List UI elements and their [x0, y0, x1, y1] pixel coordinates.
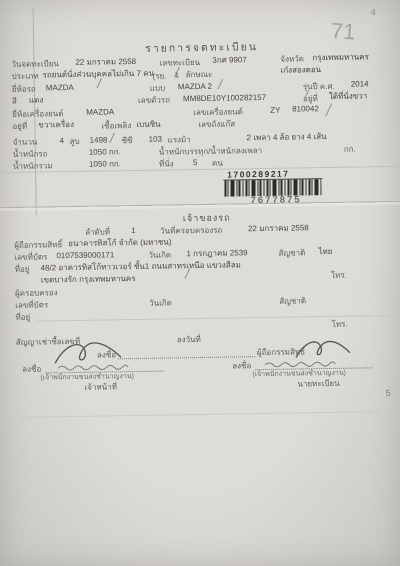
check-mark: [109, 133, 115, 143]
possessor-phone-label: โทร.: [331, 320, 347, 330]
holder-value: ธนาคารทิสโก้ จำกัด (มหาชน): [68, 237, 171, 249]
possessor-birth-label: วันเกิด: [149, 298, 172, 308]
gas-tank-label: เลขถังแก๊ส: [198, 119, 235, 130]
curb-weight-label: น้ำหนักรถ: [13, 149, 48, 160]
reg-date-label: วันจดทะเบียน: [11, 59, 59, 70]
possessor-address-label: ที่อยู่: [15, 313, 30, 323]
document-title: รายการจดทะเบียน: [145, 41, 258, 56]
vin-label: เลขตัวรถ: [138, 95, 170, 106]
engine-location-value: ขวาเครื่อง: [38, 120, 74, 131]
seq-label: ลำดับที่: [85, 227, 110, 237]
address-label: ที่อยู่: [15, 265, 30, 275]
gross-weight-value: 1050 กก.: [89, 159, 121, 170]
seq-value: 1: [131, 226, 136, 236]
nationality-label: สัญชาติ: [278, 248, 305, 258]
engine-no-label: เลขเครื่องยนต์: [193, 107, 243, 118]
document-sheet: 71 4 รายการจดทะเบียน วันจดทะเบียน 22 มกร…: [0, 0, 400, 566]
cylinders-unit: สูบ: [70, 137, 80, 147]
registrar-name-stamp: [264, 359, 336, 369]
card-no-value: 0107539000171: [56, 250, 114, 261]
horsepower-value: 103: [149, 135, 163, 145]
type-value: รถยนต์นั่งส่วนบุคคลไม่เกิน 7 คน: [43, 69, 155, 81]
possession-date-label: วันที่ครอบครองรถ: [160, 226, 222, 237]
fuel-label: เชื้อเพลิง: [101, 121, 131, 131]
card-no-label: เลขที่บัตร: [14, 252, 47, 263]
address-line2: เขตบางรัก กรุงเทพมหานคร: [41, 274, 136, 285]
officer-title: เจ้าหน้าที่: [84, 382, 117, 393]
officer-name-stamp: [57, 362, 129, 372]
color-value: แดง: [29, 95, 43, 105]
reg-no-value: 3กศ 9907: [212, 55, 247, 66]
holder-sign-line: [118, 355, 255, 359]
axle-wheel-tire: 2 เพลา 4 ล้อ ยาง 4 เส้น: [247, 132, 327, 143]
horsepower-unit: แรงม้า: [168, 135, 191, 145]
possessor-nationality-label: สัญชาติ: [279, 296, 306, 306]
registrar-title: นายทะเบียน: [297, 379, 339, 390]
corner-number: 4: [371, 7, 376, 18]
type-code-label: (รย.: [153, 72, 167, 82]
cylinders-label: จำนวน: [13, 138, 38, 148]
seats-value: 5: [193, 158, 198, 168]
province-value: กรุงเทพมหานคร: [312, 52, 369, 63]
engine-brand-value: MAZDA: [86, 107, 114, 117]
model-label: แบบ: [150, 84, 165, 94]
reg-date-value: 22 มกราคม 2558: [75, 57, 136, 68]
fold-line: [0, 201, 400, 211]
curb-weight-value: 1050 กก.: [89, 147, 121, 158]
bottom-faint-line: [18, 411, 390, 418]
province-label: จังหวัด: [280, 54, 304, 64]
section-divider: [0, 166, 399, 173]
possessor-card-no-label: เลขที่บัตร: [15, 300, 48, 311]
owner-section-title: เจ้าของรถ: [183, 213, 231, 225]
cylinders-value: 4: [60, 136, 65, 146]
brand-value: MAZDA: [46, 83, 74, 93]
type-label: ประเภท: [12, 72, 39, 82]
possession-date-value: 22 มกราคม 2558: [248, 223, 309, 234]
check-mark: [217, 79, 223, 89]
sheet-number: 5: [386, 388, 391, 399]
vin-value: MM8DE10Y100282157: [183, 93, 266, 104]
engine-brand-label: ยี่ห้อเครื่องยนต์: [12, 109, 63, 120]
body-style-label: ลักษณะ: [186, 70, 213, 80]
sign-label-registrar: ลงชื่อ: [232, 361, 251, 371]
check-mark: [325, 103, 332, 116]
hp-contract-date-label: ลงวันที่: [177, 335, 201, 345]
scanned-registration-document: 71 4 รายการจดทะเบียน วันจดทะเบียน 22 มกร…: [0, 0, 400, 566]
engine-no-prefix: ZY: [270, 106, 280, 116]
brand-label: ยี่ห้อรถ: [12, 85, 36, 95]
body-style-value: เก๋งสองตอน: [280, 65, 321, 76]
officer-role: (เจ้าพนักงานขนส่งชำนาญงาน): [40, 373, 134, 383]
phone-label: โทร.: [331, 271, 347, 281]
holder-label: ผู้ถือกรรมสิทธิ์: [14, 240, 62, 251]
birth-date-value: 1 กรกฎาคม 2539: [186, 248, 247, 259]
handwritten-page-number: 71: [330, 17, 356, 46]
birth-date-label: วันเกิด: [148, 250, 171, 260]
engine-no-value: 810042: [292, 104, 319, 114]
engine-location-label: อยู่ที่: [12, 122, 27, 132]
vin-location-value: ใต้ที่นั่งขวา: [329, 91, 367, 102]
seats-label: ที่นั่ง: [159, 159, 174, 169]
gross-weight-label: น้ำหนักรวม: [13, 161, 53, 172]
displacement-value: 1498: [90, 135, 108, 145]
color-label: สี: [12, 97, 17, 107]
load-weight-label: น้ำหนักบรรทุก/น้ำหนักลงเพลา: [159, 146, 262, 158]
possessor-label: ผู้ครอบครอง: [15, 288, 58, 299]
model-value: MAZDA 2: [178, 82, 212, 93]
fuel-value: เบนซิน: [136, 120, 160, 130]
seats-unit: คน: [212, 159, 223, 169]
address-line1: 48/2 อาคารทิสโก้ทาวเวอร์ ชั้น1 ถนนสาทรเห…: [41, 260, 241, 273]
displacement-unit: ซีซี: [122, 136, 133, 146]
load-weight-unit: กก.: [344, 145, 356, 155]
nationality-value: ไทย: [318, 247, 332, 257]
year-value: 2014: [351, 79, 369, 89]
sign-label-officer: ลงชื่อ: [22, 365, 41, 375]
